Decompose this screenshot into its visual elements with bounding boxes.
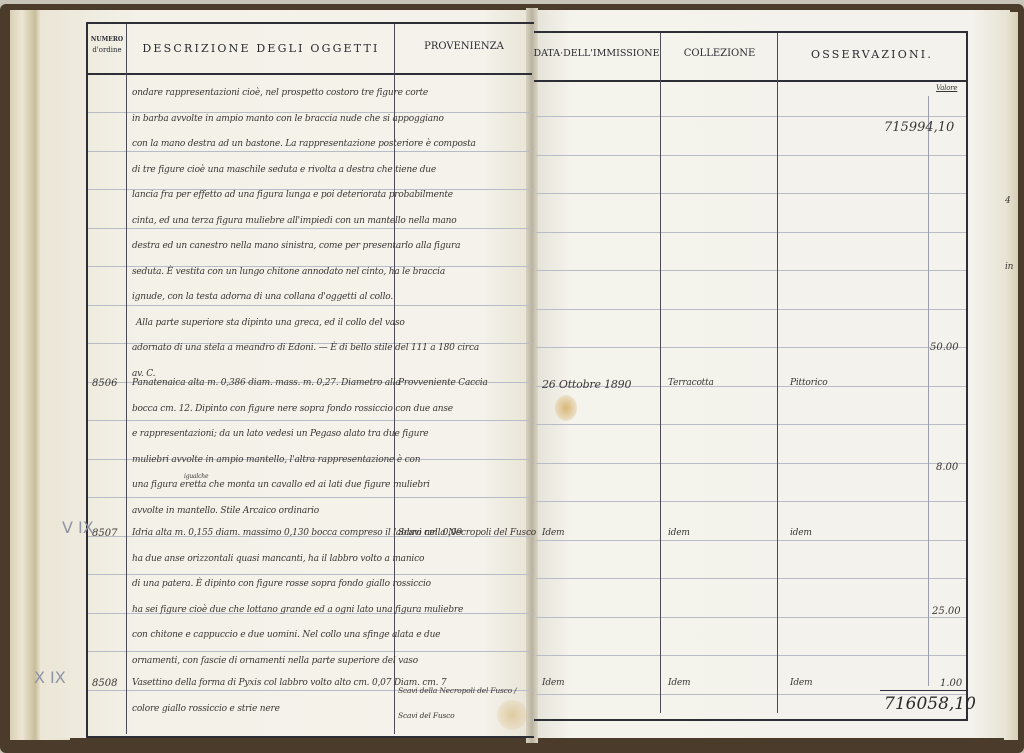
entry-description-line: avvolte in mantello. Stile Arcaico ordin… — [132, 506, 319, 516]
col-divider-numero — [126, 24, 127, 734]
description-line: ignude, con la testa adorna di una colla… — [132, 292, 393, 302]
entry-provenienza: Provveniente Caccia — [398, 378, 488, 388]
entry-collezione: Idem — [668, 678, 690, 688]
right-page-edge — [1004, 12, 1018, 740]
entry-description-line: con chitone e cappuccio e due uomini. Ne… — [132, 630, 440, 640]
header-data: DATA·DELL'IMMISSIONE — [533, 48, 660, 59]
right-header-rule — [534, 80, 966, 82]
entry-description-line: bocca cm. 12. Dipinto con figure nere so… — [132, 404, 453, 414]
header-valore: Valore — [936, 84, 957, 92]
value-8508: 1.00 — [940, 678, 962, 689]
description-line: in barba avvolte in ampio manto con le b… — [132, 114, 444, 124]
value-8506: 50.00 — [930, 342, 959, 353]
entry-description-line: e rappresentazioni; da un lato vedesi un… — [132, 429, 428, 439]
entry-collezione: idem — [668, 528, 690, 538]
entry-description-line: colore giallo rossiccio e strie nere — [132, 704, 280, 714]
entry-collezione: Terracotta — [668, 378, 714, 388]
entry-description-line: ha due anse orizzontali quasi mancanti, … — [132, 554, 424, 564]
total-rule — [880, 690, 968, 691]
description-line: seduta. È vestita con un lungo chitone a… — [132, 267, 445, 277]
description-line: con la mano destra ad un bastone. La rap… — [132, 139, 476, 149]
description-line: cinta, ed una terza figura muliebre all'… — [132, 216, 457, 226]
entry-description-line: Panatenaica alta m. 0,386 diam. mass. m.… — [132, 378, 401, 388]
description-line: destra ed un canestro nella mano sinistr… — [132, 241, 460, 251]
interlinear-note: igualche — [184, 473, 208, 480]
col-divider-collezione — [777, 33, 778, 713]
left-header-rule — [86, 73, 532, 75]
header-collezione: COLLEZIONE — [662, 48, 777, 59]
margin-mark-4: 4 — [1005, 196, 1011, 206]
description-line: adornato di una stela a meandro di Edoni… — [132, 343, 479, 353]
description-line: Alla parte superiore sta dipinto una gre… — [136, 318, 405, 328]
header-numero: NUMERO d'ordine — [88, 34, 126, 56]
page-total: 716058,10 — [884, 694, 976, 714]
header-osservazioni: OSSERVAZIONI. — [779, 48, 965, 61]
foxing-stain — [555, 395, 577, 421]
pencil-margin-mark: X IX — [34, 668, 66, 687]
foxing-stain — [497, 700, 527, 730]
col-divider-data — [660, 33, 661, 713]
entry-description-line: ha sei figure cioè due che lottano grand… — [132, 605, 463, 615]
value-8507b: 25.00 — [932, 606, 961, 617]
entry-data: Idem — [542, 528, 564, 538]
description-line: di tre figure cioè una maschile seduta e… — [132, 165, 436, 175]
entry-number: 8507 — [92, 528, 117, 539]
col-divider-valore — [928, 96, 929, 686]
entry-description-line: muliebri avvolte in ampio mantello, l'al… — [132, 455, 420, 465]
entry-osservazioni: Idem — [790, 678, 812, 688]
entry-number: 8506 — [92, 378, 117, 389]
entry-description-line: una figura eretta che monta un cavallo e… — [132, 480, 430, 490]
entry-data: Idem — [542, 678, 564, 688]
entry-data: 26 Ottobre 1890 — [542, 378, 631, 391]
entry-description-line: di una patera. È dipinto con figure ross… — [132, 579, 431, 589]
entry-number: 8508 — [92, 678, 117, 689]
margin-mark-in: in — [1005, 262, 1013, 272]
header-provenienza: PROVENIENZA — [396, 41, 532, 52]
header-descrizione: DESCRIZIONE DEGLI OGGETTI — [128, 42, 394, 55]
entry-osservazioni: idem — [790, 528, 812, 538]
entry-osservazioni: Pittorico — [790, 378, 827, 388]
entry-description-line: ornamenti, con fascie di ornamenti nella… — [132, 656, 418, 666]
entry-provenienza: Scavi nella Necropoli del Fusco — [398, 528, 536, 538]
description-line: ondare rappresentazioni cioè, nel prospe… — [132, 88, 428, 98]
pencil-margin-mark: V IX — [62, 518, 94, 537]
description-line: av. C. — [132, 369, 155, 379]
description-line: lancia fra per effetto ad una figura lun… — [132, 190, 453, 200]
carried-total: 715994,10 — [884, 120, 954, 135]
value-8507a: 8.00 — [936, 462, 958, 473]
